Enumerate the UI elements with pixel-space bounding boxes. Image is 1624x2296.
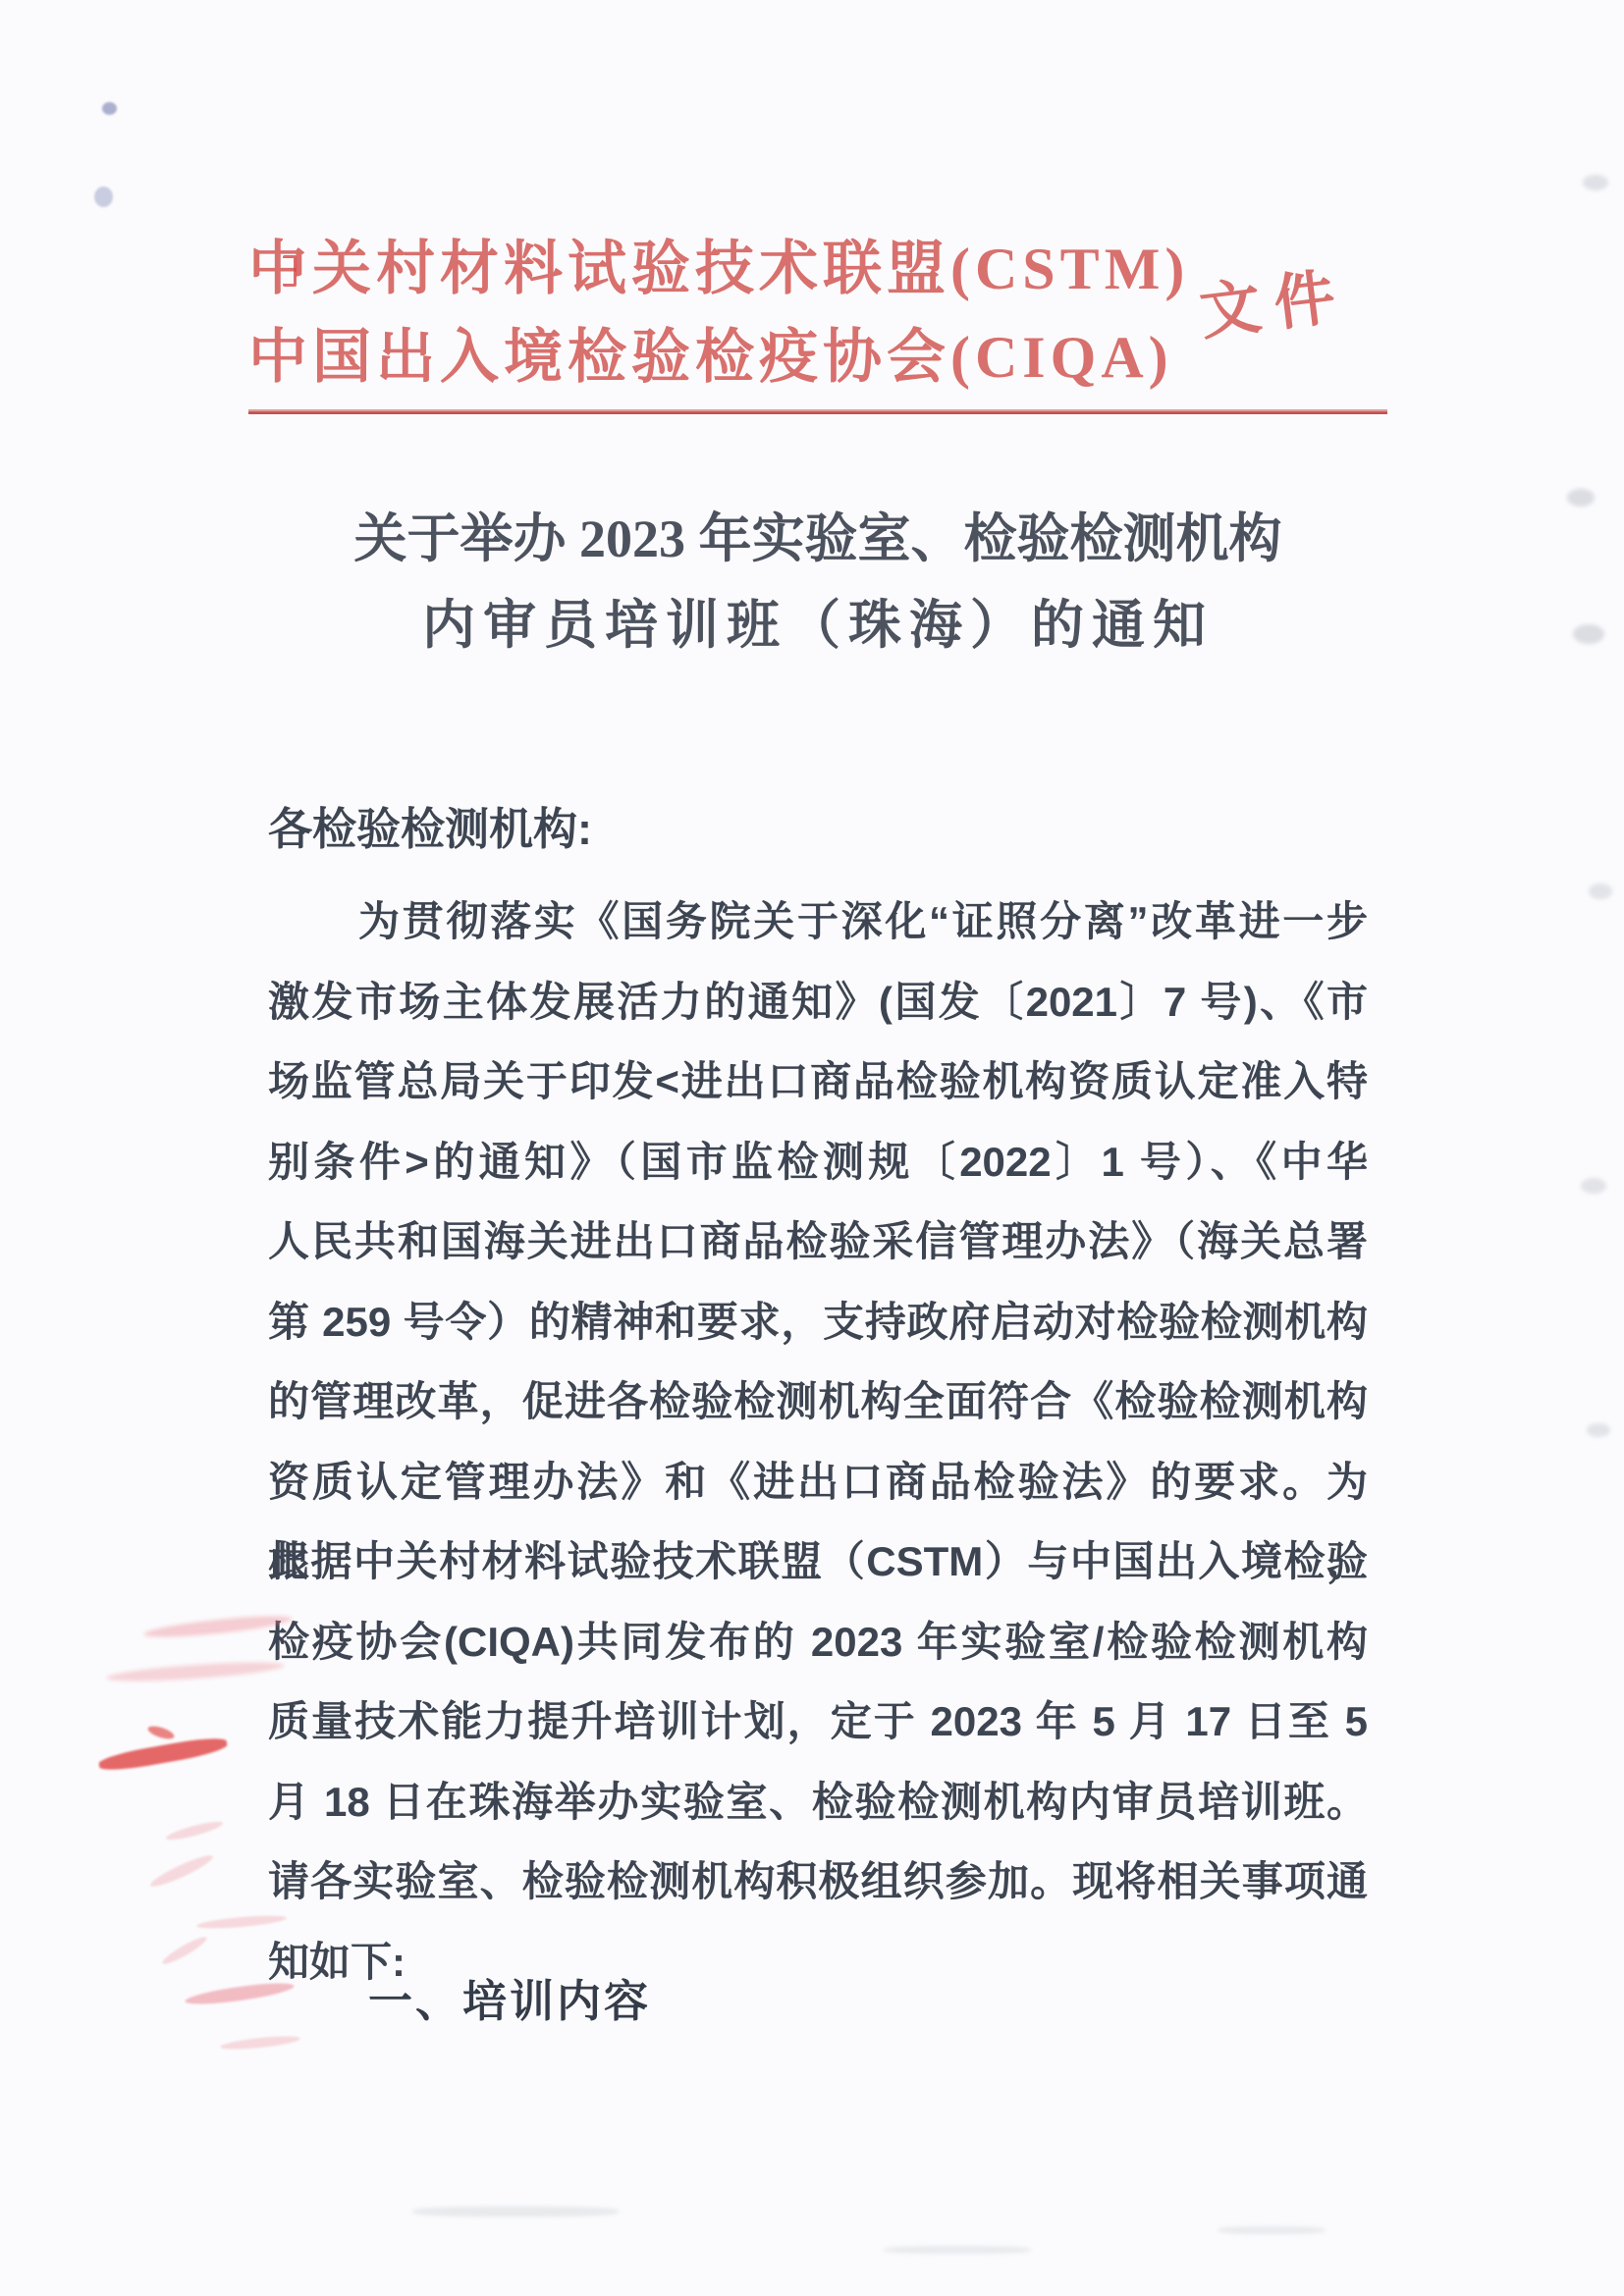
document-page: 中关村材料试验技术联盟(CSTM) 中国出入境检验检疫协会(CIQA) 文件 关… [0,0,1624,2296]
body-line: 月 18 日在珠海举办实验室、检验检测机构内审员培训班。 [268,1762,1368,1842]
body-line: 第 259 号令）的精神和要求，支持政府启动对检验检测机构 [268,1282,1368,1362]
scan-smudge [102,102,117,115]
letterhead-org-line-1: 中关村材料试验技术联盟(CSTM) [248,240,1189,298]
scan-smudge [412,2207,619,2216]
scan-smudge [1583,175,1608,190]
scan-smudge [1573,624,1604,644]
document-title-line-2: 内审员培训班（珠海）的通知 [248,597,1387,654]
scan-smudge [1587,1423,1610,1437]
document-title-line-1: 关于举办 2023 年实验室、检验检测机构 [248,510,1387,567]
body-line: 别条件>的通知》（国市监检测规〔2022〕1 号）、《中华 [268,1122,1368,1202]
scan-smudge [1567,489,1595,507]
letterhead-doc-type-label: 文件 [1197,266,1352,345]
section-heading-training-content: 一、培训内容 [368,1975,651,2028]
salutation: 各检验检测机构: [268,807,592,851]
body-line: 激发市场主体发展活力的通知》(国发〔2021〕7 号)、《市 [268,962,1368,1042]
body-line: 根据中关村材料试验技术联盟（CSTM）与中国出入境检验 [268,1522,1368,1602]
scan-smudge [1581,1178,1606,1194]
body-line: 人民共和国海关进出口商品检验采信管理办法》（海关总署 [268,1201,1368,1282]
document-title: 关于举办 2023 年实验室、检验检测机构 内审员培训班（珠海）的通知 [248,510,1387,655]
body-line: 请各实验室、检验检测机构积极组织参加。现将相关事项通 [268,1842,1368,1922]
body-line: 资质认定管理办法》和《进出口商品检验法》的要求。为此， [268,1442,1368,1522]
scan-smudge [165,1818,225,1842]
body-line: 的管理改革，促进各检验检测机构全面符合《检验检测机构 [268,1362,1368,1442]
scan-smudge [160,1934,209,1968]
scan-smudge [884,2246,1031,2254]
scan-smudge [106,1659,286,1685]
notice-body-paragraph: 为贯彻落实《国务院关于深化“证照分离”改革进一步激发市场主体发展活力的通知》(国… [268,881,1368,2002]
letterhead-org-line-2: 中国出入境检验检疫协会(CIQA) [248,328,1173,387]
body-line: 检疫协会(CIQA)共同发布的 2023 年实验室/检验检测机构 [268,1602,1368,1682]
scan-smudge [1589,883,1612,899]
scan-smudge [1218,2226,1326,2234]
scan-smudge [148,1851,216,1891]
scan-smudge [97,1735,228,1775]
body-line: 为贯彻落实《国务院关于深化“证照分离”改革进一步 [268,881,1368,962]
body-line: 场监管总局关于印发<进出口商品检验机构资质认定准入特 [268,1041,1368,1122]
letterhead-divider-rule [248,409,1387,414]
scan-smudge [94,187,113,207]
body-line: 质量技术能力提升培训计划，定于 2023 年 5 月 17 日至 5 [268,1682,1368,1762]
scan-smudge [220,2034,301,2053]
scan-smudge [146,1724,176,1741]
